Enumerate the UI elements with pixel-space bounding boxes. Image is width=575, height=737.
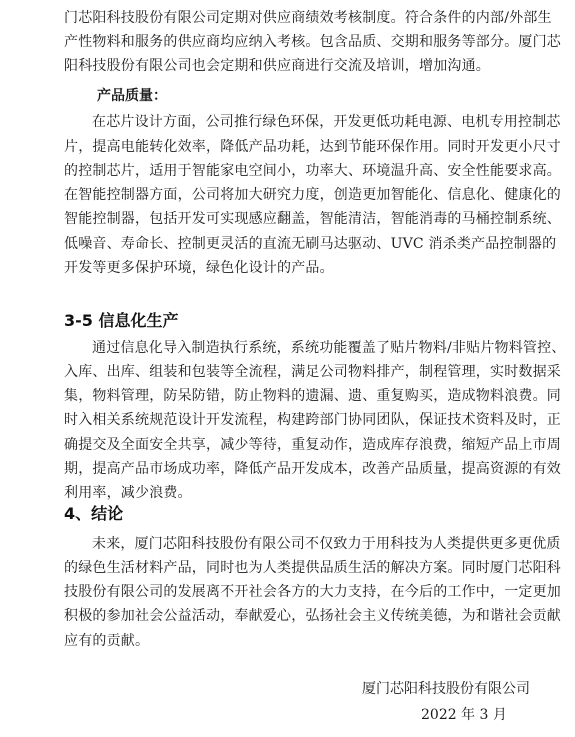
conclusion-line: 技股份有限公司的发展离不开社会各方的大力支持，在今后的工作中，一定更加 [64,583,516,601]
section-3-5-line: 集，物料管理，防呆防错，防止物料的遗漏、遗、重复购买，造成物料浪费。同 [64,387,516,405]
intro-line: 门芯阳科技股份有限公司定期对供应商绩效考核制度。符合条件的内部/外部生 [64,9,516,27]
conclusion-line: 积极的参加社会公益活动，奉献爱心，弘扬社会主义传统美德，为和谐社会贡献 [64,607,516,625]
quality-subheading: 产品质量： [97,87,167,105]
document-page: 门芯阳科技股份有限公司定期对供应商绩效考核制度。符合条件的内部/外部生 产性物料… [0,0,575,737]
conclusion-line: 应有的贡献。 [64,632,516,650]
quality-line: 智能控制器，包括开发可实现感应翻盖，智能清洁，智能消毒的马桶控制系统、 [64,210,516,228]
section-3-5-line: 利用率，减少浪费。 [64,484,516,502]
quality-line: 在芯片设计方面，公司推行绿色环保，开发更低功耗电源、电机专用控制芯 [92,113,516,131]
quality-line: 开发等更多保护环境，绿色化设计的产品。 [64,259,516,277]
signature-company: 厦门芯阳科技股份有限公司 [362,680,530,698]
quality-line: 的控制芯片，适用于智能家电空间小，功率大、环境温升高、安全性能要求高。 [64,162,516,180]
section-3-5-line: 期，提高产品市场成功率，降低产品开发成本，改善产品质量，提高资源的有效 [64,460,516,478]
intro-line: 产性物料和服务的供应商均应纳入考核。包含品质、交期和服务等部分。厦门芯 [64,33,516,51]
quality-line: 片，提高电能转化效率，降低产品功耗，达到节能环保作用。同时开发更小尺寸 [64,138,516,156]
section-3-5-line: 时入相关系统规范设计开发流程，构建跨部门协同团队，保证技术资料及时，正 [64,411,516,429]
section-3-5-line: 通过信息化导入制造执行系统，系统功能覆盖了贴片物料/非贴片物料管控、 [92,339,516,357]
quality-line: 低噪音、寿命长、控制更灵活的直流无刷马达驱动、UVC 消杀类产品控制器的 [64,235,516,253]
section-3-5-line: 确提交及全面安全共享，减少等待，重复动作，造成库存浪费，缩短产品上市周 [64,436,516,454]
intro-line: 阳科技股份有限公司也会定期和供应商进行交流及培训，增加沟通。 [64,57,516,75]
section-heading-conclusion: 4、结论 [64,504,123,524]
conclusion-line: 的绿色生活材料产品，同时也为人类提供品质生活的解决方案。同时厦门芯阳科 [64,559,516,577]
conclusion-line: 未来，厦门芯阳科技股份有限公司不仅致力于用科技为人类提供更多更优质 [92,535,516,553]
signature-date: 2022 年 3 月 [421,706,507,724]
section-heading-3-5: 3-5 信息化生产 [64,311,178,331]
quality-line: 在智能控制器方面，公司将加大研究力度，创造更加智能化、信息化、健康化的 [64,186,516,204]
section-3-5-line: 入库、出库、组装和包装等全流程，满足公司物料排产，制程管理，实时数据采 [64,363,516,381]
